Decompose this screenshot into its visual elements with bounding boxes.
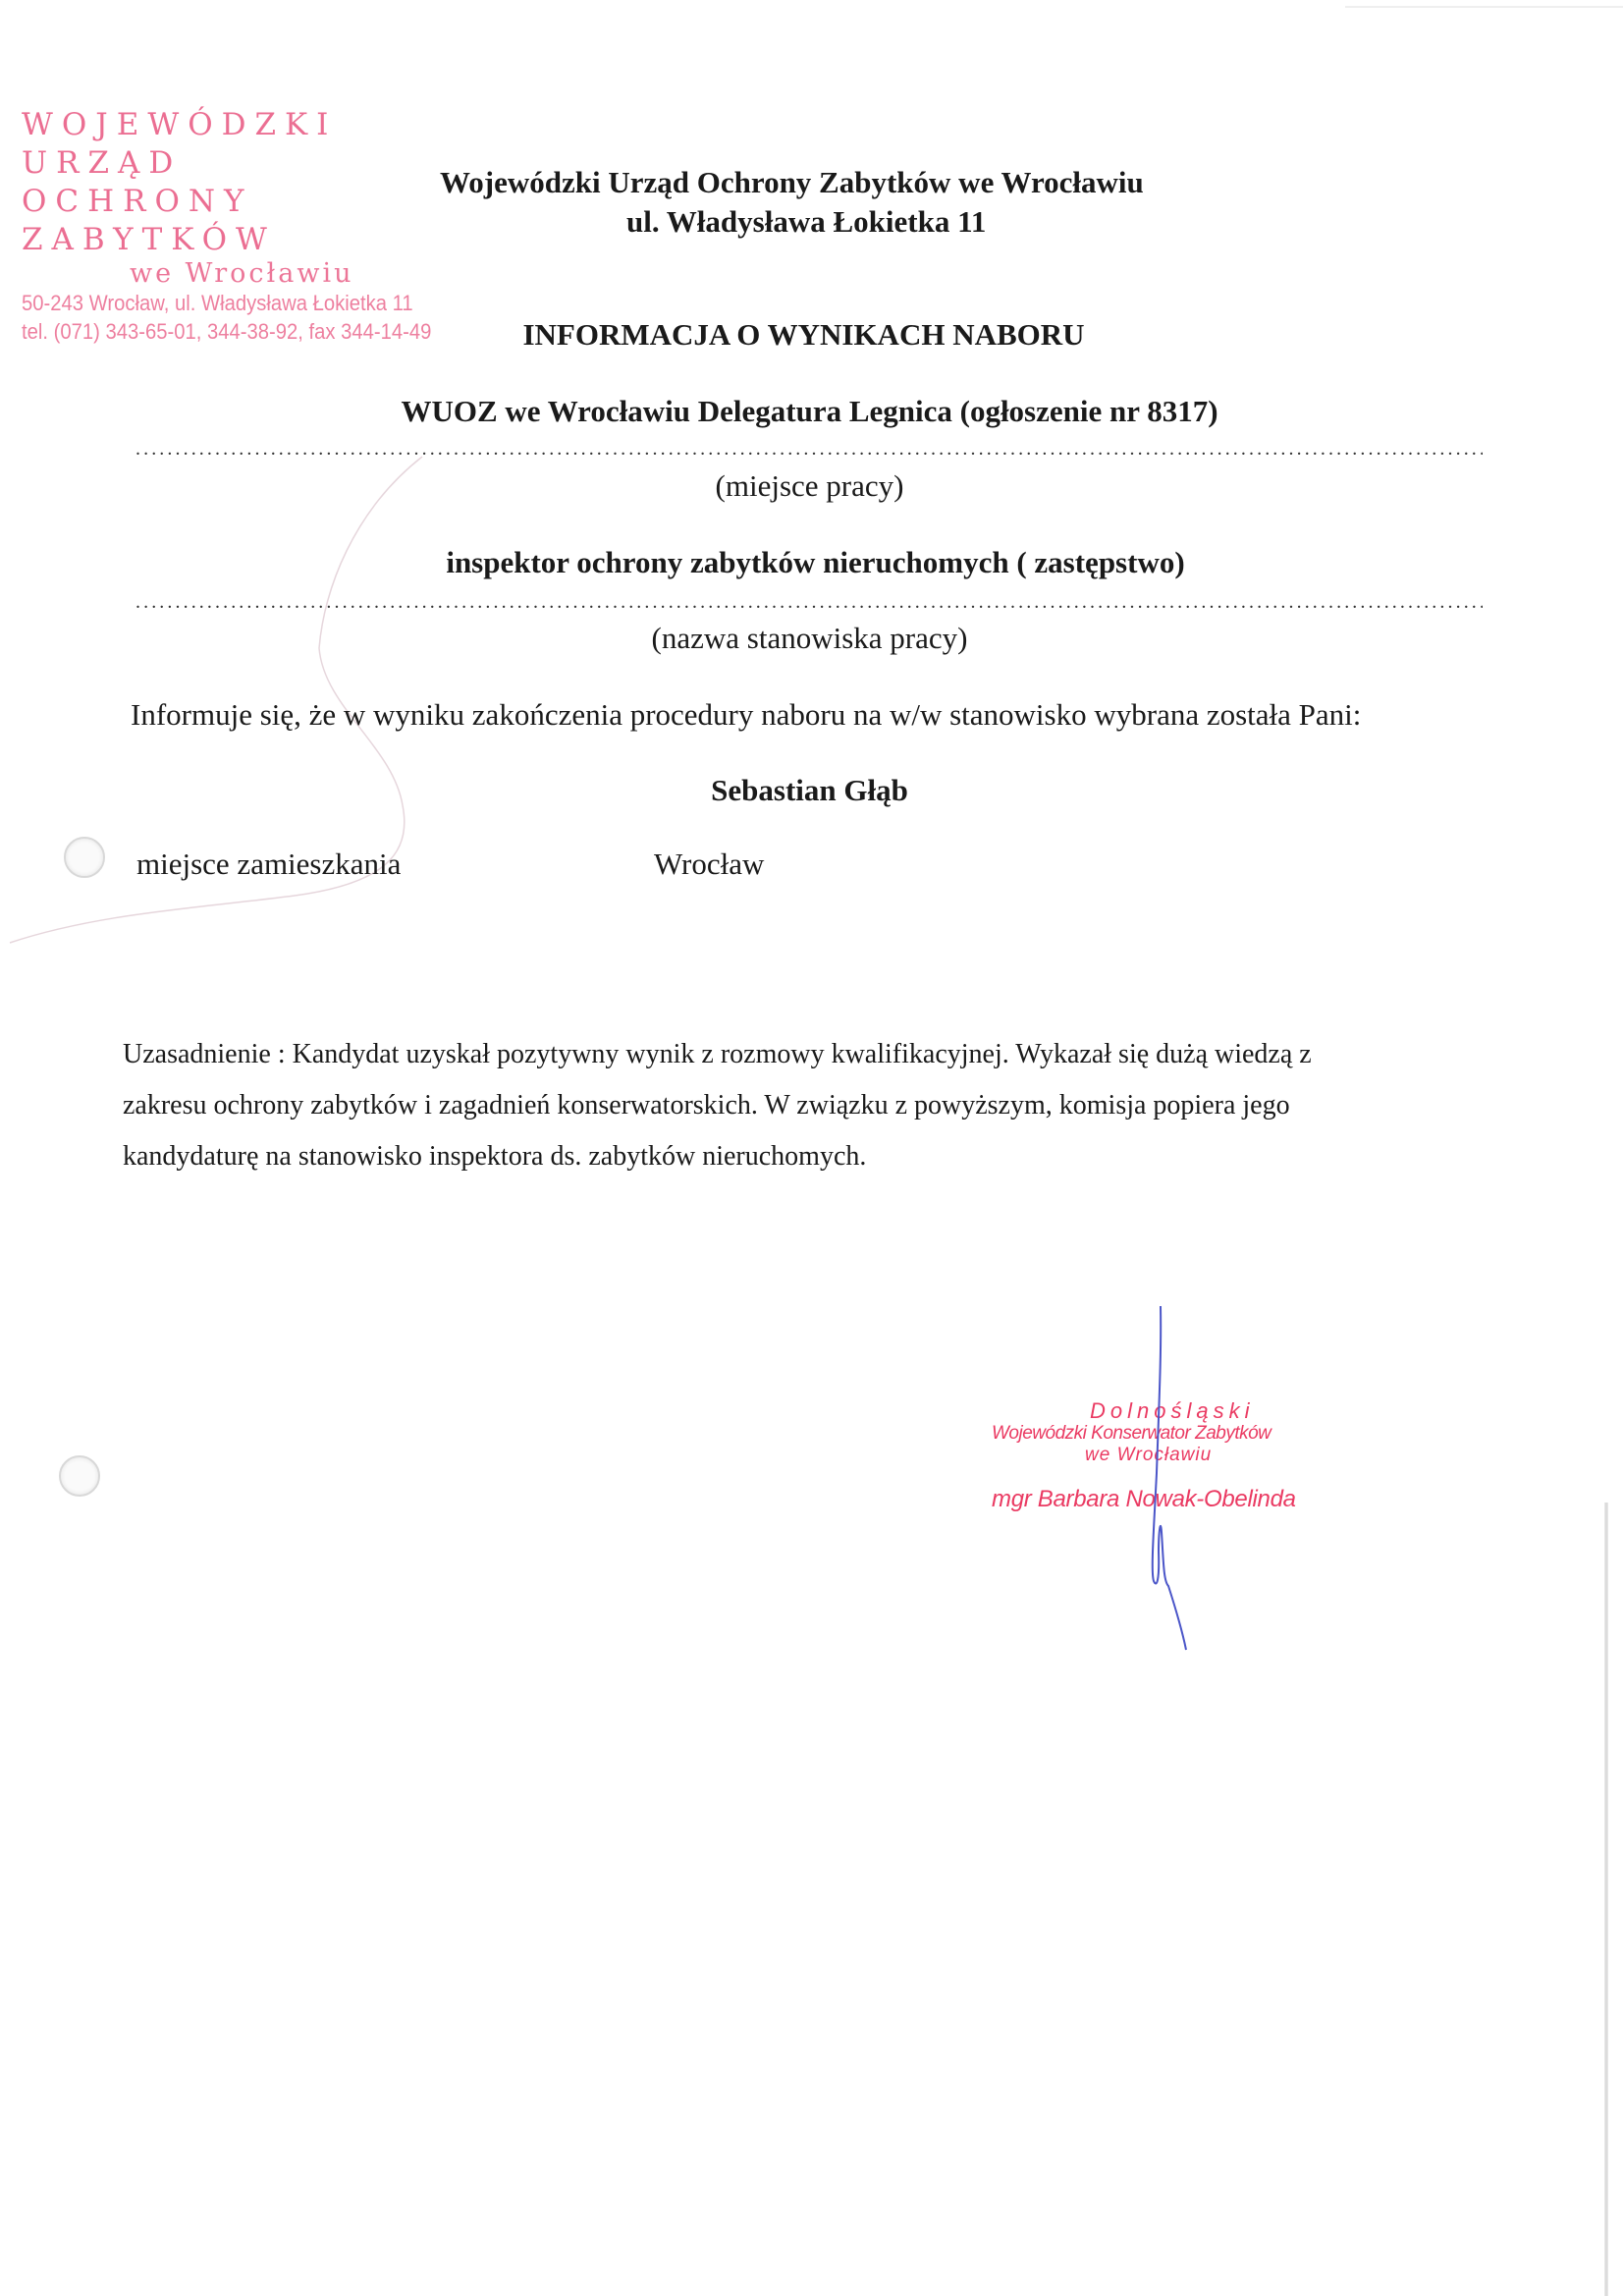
candidate-name: Sebastian Głąb bbox=[0, 773, 1621, 808]
justification-line: Uzasadnienie : Kandydat uzyskał pozytywn… bbox=[123, 1039, 1312, 1070]
approval-stamp: Dolnośląski Wojewódzki Konserwator Zabyt… bbox=[992, 1399, 1375, 1513]
office-stamp-line3: we Wrocławiu bbox=[22, 259, 483, 289]
punch-hole bbox=[64, 837, 105, 878]
document-title: INFORMACJA O WYNIKACH NABORU bbox=[0, 317, 1615, 353]
justification-line: kandydaturę na stanowisko inspektora ds.… bbox=[123, 1141, 866, 1173]
residence-label: miejsce zamieszkania bbox=[136, 847, 401, 882]
position-value: inspektor ochrony zabytków nieruchomych … bbox=[4, 545, 1623, 580]
approval-stamp-line2: Wojewódzki Konserwator Zabytków bbox=[992, 1423, 1375, 1445]
punch-hole bbox=[59, 1455, 100, 1497]
header-address: ul. Władysława Łokietka 11 bbox=[626, 204, 986, 240]
header-institution: Wojewódzki Urząd Ochrony Zabytków we Wro… bbox=[440, 165, 1144, 200]
workplace-value: WUOZ we Wrocławiu Delegatura Legnica (og… bbox=[0, 394, 1621, 429]
info-sentence: Informuje się, że w wyniku zakończenia p… bbox=[131, 697, 1361, 733]
approval-stamp-line1: Dolnośląski bbox=[992, 1399, 1375, 1423]
workplace-caption: (miejsce pracy) bbox=[0, 468, 1621, 504]
office-stamp-line2: OCHRONY ZABYTKÓW bbox=[22, 183, 483, 259]
approval-stamp-line3: we Wrocławiu bbox=[992, 1445, 1375, 1466]
approval-stamp-signatory: mgr Barbara Nowak-Obelinda bbox=[992, 1486, 1375, 1513]
position-caption: (nazwa stanowiska pracy) bbox=[0, 621, 1621, 656]
office-stamp-address: 50-243 Wrocław, ul. Władysława Łokietka … bbox=[22, 289, 446, 317]
office-stamp-line1: WOJEWÓDZKI URZĄD bbox=[22, 106, 483, 183]
workplace-dotted-line: ........................................… bbox=[135, 438, 1483, 461]
justification-line: zakresu ochrony zabytków i zagadnień kon… bbox=[123, 1090, 1290, 1121]
office-stamp: WOJEWÓDZKI URZĄD OCHRONY ZABYTKÓW we Wro… bbox=[22, 106, 483, 346]
residence-value: Wrocław bbox=[654, 847, 764, 882]
position-dotted-line: ........................................… bbox=[135, 591, 1483, 614]
